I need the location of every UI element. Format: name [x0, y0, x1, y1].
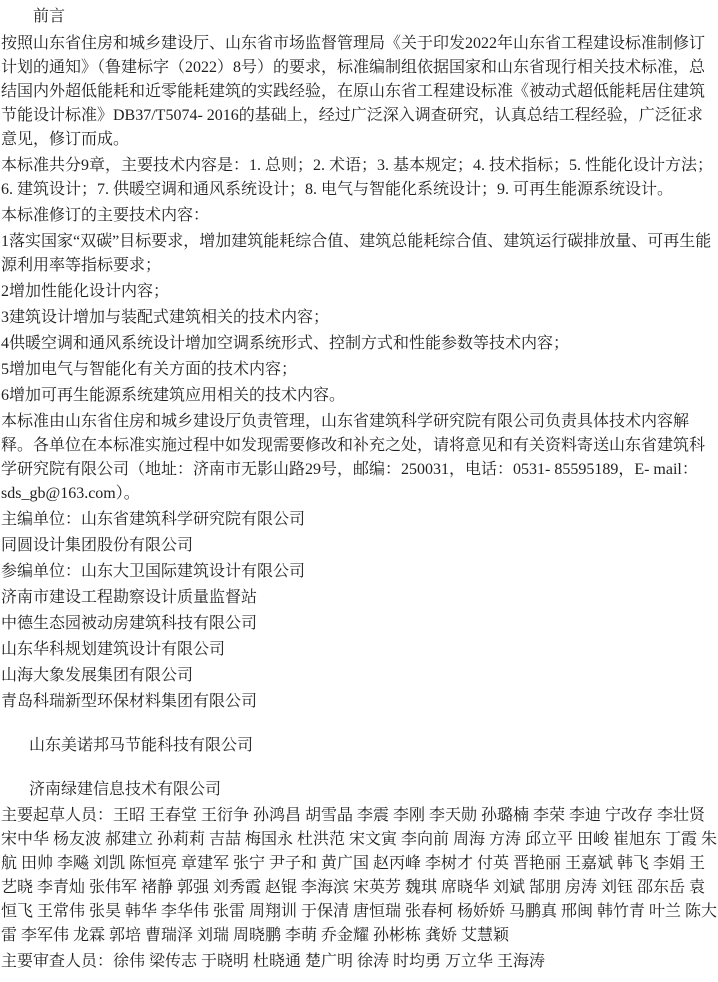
- participating-unit-sino-german-passive: 中德生态园被动房建筑科技有限公司: [1, 612, 718, 636]
- revision-item-3: 3建筑设计增加与装配式建筑相关的技术内容；: [1, 306, 718, 330]
- revision-item-6: 6增加可再生能源系统建筑应用相关的技术内容。: [1, 384, 718, 408]
- participating-unit-shanhai-daxiang: 山海大象发展集团有限公司: [1, 664, 718, 688]
- participating-unit-huake: 山东华科规划建筑设计有限公司: [1, 638, 718, 662]
- participating-unit-jinan-lvjian: 济南绿建信息技术有限公司: [29, 778, 718, 802]
- participating-unit-jinan-qc-station: 济南市建设工程勘察设计质量监督站: [1, 586, 718, 610]
- participating-unit-meinuobangma: 山东美诺邦马节能科技有限公司: [29, 734, 718, 758]
- chapters-paragraph: 本标准共分9章，主要技术内容是：1. 总则；2. 术语；3. 基本规定；4. 技…: [1, 154, 718, 202]
- participating-unit-david-intl: 参编单位：山东大卫国际建筑设计有限公司: [1, 560, 718, 584]
- revision-item-1: 1落实国家“双碳”目标要求，增加建筑能耗综合值、建筑总能耗综合值、建筑运行碳排放…: [1, 230, 718, 278]
- participating-unit-qingdao-kerui: 青岛科瑞新型环保材料集团有限公司: [1, 690, 718, 714]
- reviewers-paragraph: 主要审查人员：徐伟 梁传志 于晓明 杜晓通 楚广明 徐涛 时均勇 万立华 王海涛: [1, 950, 718, 974]
- revision-item-5: 5增加电气与智能化有关方面的技术内容；: [1, 358, 718, 382]
- revision-item-4: 4供暖空调和通风系统设计增加空调系统形式、控制方式和性能参数等技术内容；: [1, 332, 718, 356]
- revision-item-2: 2增加性能化设计内容；: [1, 280, 718, 304]
- editing-unit-tongyuan: 同圆设计集团股份有限公司: [1, 534, 718, 558]
- drafters-paragraph: 主要起草人员：王昭 王春堂 王衍争 孙鸿昌 胡雪晶 李震 李刚 李天勋 孙璐楠 …: [1, 804, 718, 948]
- revisions-intro-line: 本标准修订的主要技术内容：: [1, 204, 718, 228]
- chief-editing-unit: 主编单位：山东省建筑科学研究院有限公司: [1, 508, 718, 532]
- intro-paragraph: 按照山东省住房和城乡建设厅、山东省市场监督管理局《关于印发2022年山东省工程建…: [1, 32, 718, 152]
- management-contact-paragraph: 本标准由山东省住房和城乡建设厅负责管理，山东省建筑科学研究院有限公司负责具体技术…: [1, 410, 718, 506]
- document-page: 前言 按照山东省住房和城乡建设厅、山东省市场监督管理局《关于印发2022年山东省…: [0, 0, 718, 982]
- preface-title: 前言: [33, 6, 718, 28]
